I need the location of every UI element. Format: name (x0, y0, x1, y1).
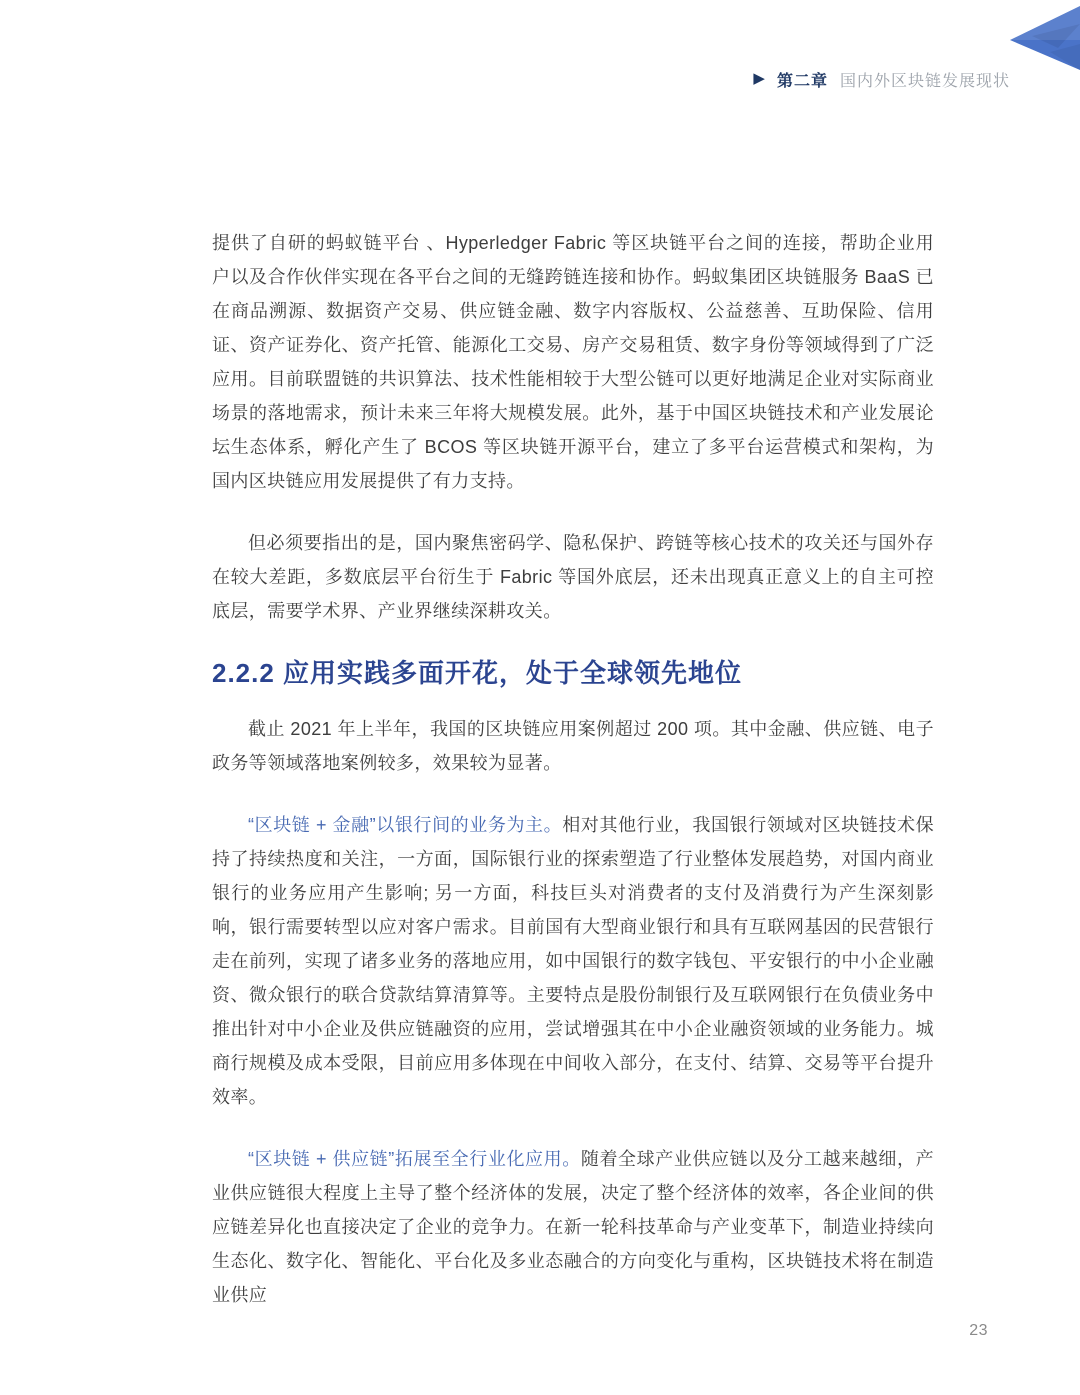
chapter-arrow-icon: ▶ (753, 71, 765, 86)
page-number: 23 (969, 1322, 988, 1340)
paragraph-5: “区块链 + 供应链”拓展至全行业化应用。随着全球产业供应链以及分工越来越细，产… (212, 1142, 934, 1312)
paragraph-1: 提供了自研的蚂蚁链平台 、Hyperledger Fabric 等区块链平台之间… (212, 226, 934, 498)
paragraph-4-lead: “区块链 + 金融”以银行间的业务为主。 (248, 815, 562, 835)
corner-triangle-logo-icon (1010, 0, 1080, 78)
section-heading: 2.2.2 应用实践多面开花，处于全球领先地位 (212, 656, 934, 690)
paragraph-4-body: 相对其他行业，我国银行领域对区块链技术保持了持续热度和关注，一方面，国际银行业的… (212, 815, 934, 1107)
running-header: ▶ 第二章 国内外区块链发展现状 (753, 68, 1010, 91)
chapter-label: 第二章 (777, 68, 828, 91)
paragraph-4: “区块链 + 金融”以银行间的业务为主。相对其他行业，我国银行领域对区块链技术保… (212, 808, 934, 1114)
paragraph-5-body: 随着全球产业供应链以及分工越来越细，产业供应链很大程度上主导了整个经济体的发展，… (212, 1149, 934, 1305)
paragraph-5-lead: “区块链 + 供应链”拓展至全行业化应用。 (248, 1149, 581, 1169)
paragraph-2: 但必须要指出的是，国内聚焦密码学、隐私保护、跨链等核心技术的攻关还与国外存在较大… (212, 526, 934, 628)
paragraph-3: 截止 2021 年上半年，我国的区块链应用案例超过 200 项。其中金融、供应链… (212, 712, 934, 780)
page-body: 提供了自研的蚂蚁链平台 、Hyperledger Fabric 等区块链平台之间… (212, 226, 934, 1340)
chapter-title: 国内外区块链发展现状 (840, 68, 1010, 91)
